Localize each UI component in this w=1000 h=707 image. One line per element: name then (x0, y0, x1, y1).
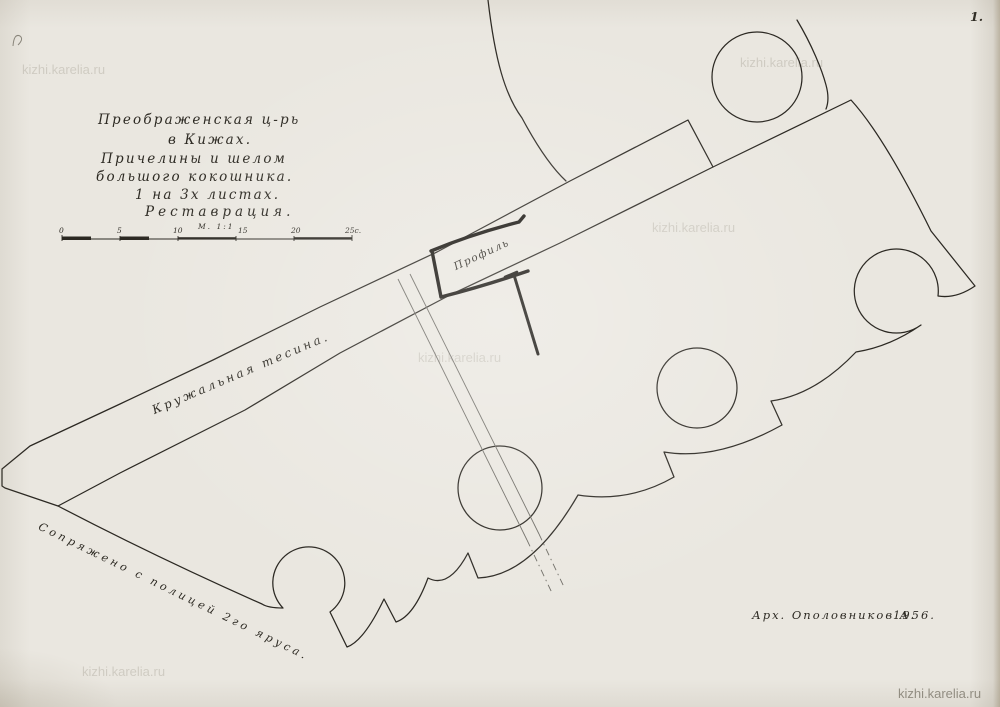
pencil-mark (13, 35, 22, 46)
scale-tick-25: 25с. (345, 226, 361, 235)
upper-sheet-curve (488, 0, 566, 181)
scale-bar (62, 235, 352, 241)
scale-tick-20: 20 (291, 226, 301, 235)
profile-detail (431, 216, 538, 354)
scale-tick-15: 15 (238, 226, 248, 235)
signature-year: 1956. (893, 608, 936, 622)
scale-tick-5: 5 (117, 226, 122, 235)
round-hole-top (712, 32, 802, 122)
title-line-6: Реставрация. (145, 204, 294, 220)
title-line-4: большого кокошника. (96, 169, 293, 185)
scale-note: М. 1:1 (198, 222, 235, 231)
drawing-svg (0, 0, 1000, 707)
title-line-1: Преображенская ц-рь (98, 112, 300, 128)
title-line-3: Причелины и шелом (101, 151, 287, 167)
round-hole-middle (657, 348, 737, 428)
crease-axis-lines (398, 274, 564, 593)
round-hole-lower (458, 446, 542, 530)
upper-arc-fragment (797, 20, 828, 109)
sheet-number: 1. (970, 9, 983, 24)
scanned-drawing-sheet: kizhi.karelia.ru kizhi.karelia.ru kizhi.… (0, 0, 1000, 707)
paper-right-edge (993, 0, 1000, 707)
title-line-5: 1 на 3х листах. (135, 187, 280, 203)
scale-tick-0: 0 (59, 226, 64, 235)
scale-tick-10: 10 (173, 226, 183, 235)
title-line-2: в Кижах. (168, 132, 252, 148)
architect-signature: Арх. Ополовников А. (752, 608, 916, 622)
paper-corner-shade (0, 647, 120, 707)
